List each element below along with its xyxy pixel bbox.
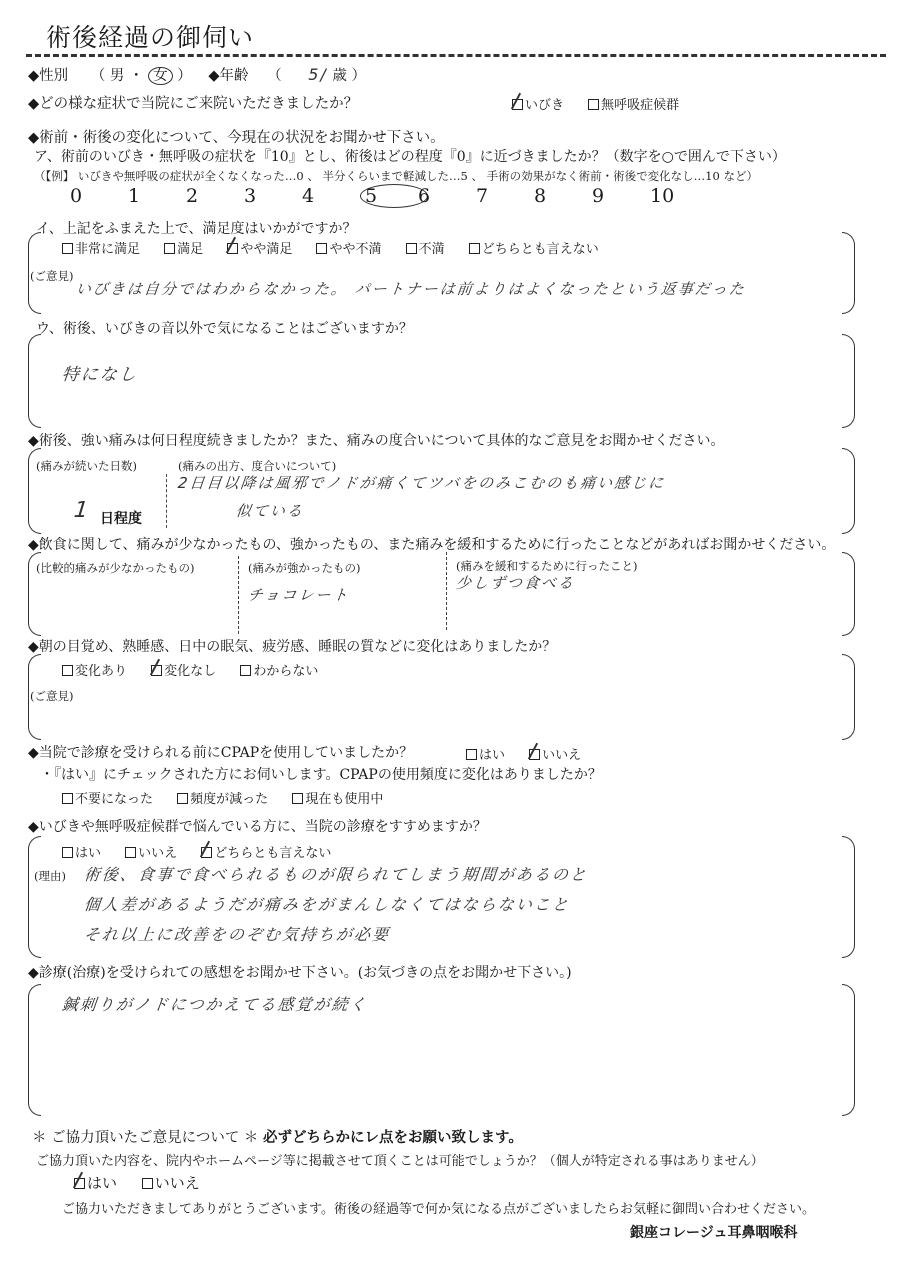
checkbox-icon[interactable]	[240, 665, 251, 676]
bracket-left	[28, 836, 41, 958]
option-no-change[interactable]: 変化なし	[151, 660, 216, 679]
food-question: ◆飲食に関して、痛みが少なかったもの、強かったもの、また痛みを緩和するために行っ…	[28, 534, 835, 554]
page-title: 術後経過の御伺い	[46, 18, 254, 54]
consent-heading: ＊ ご協力頂いたご意見について ＊ 必ずどちらかにレ点をお願い致します。	[32, 1126, 523, 1147]
checkbox-icon[interactable]	[142, 1178, 153, 1189]
thanks-text: ご協力いただきましてありがとうございます。術後の経過等で何か気になる点がございま…	[62, 1198, 815, 1217]
divider	[446, 552, 447, 630]
scale-10[interactable]: 10	[650, 185, 708, 207]
option-recommend-yes[interactable]: はい	[62, 842, 101, 861]
option-recommend-no[interactable]: いいえ	[125, 842, 177, 861]
cpap-sub-question: ・『はい』にチェックされた方にお伺いします。CPAPの使用頻度に変化はありました…	[40, 764, 602, 784]
checkbox-icon[interactable]	[466, 749, 477, 760]
bracket-right	[842, 836, 855, 958]
cpap-sub-options: 不要になった 頻度が減った 現在も使用中	[62, 788, 403, 807]
checkbox-icon[interactable]	[201, 847, 212, 858]
sleep-options: 変化あり 変化なし わからない	[62, 660, 338, 679]
satisfaction-options: 非常に満足 満足 やや満足 やや不満 不満 どちらとも言えない	[62, 238, 619, 257]
symptoms-options: いびき 無呼吸症候群	[512, 94, 699, 113]
cpap-question: ◆当院で診療を受けられる前にCPAPを使用していましたか？	[28, 742, 413, 762]
option-dissatisfied[interactable]: 不満	[406, 238, 445, 257]
option-unknown[interactable]: わからない	[240, 660, 318, 679]
option-very-satisfied[interactable]: 非常に満足	[62, 238, 140, 257]
option-reduced[interactable]: 頻度が減った	[177, 788, 268, 807]
option-recommend-neither[interactable]: どちらとも言えない	[201, 842, 331, 861]
checkbox-icon[interactable]	[227, 243, 238, 254]
scale-0[interactable]: 0	[70, 185, 128, 207]
option-satisfied[interactable]: 満足	[164, 238, 203, 257]
option-snoring[interactable]: いびき	[512, 94, 564, 113]
pain-days-value[interactable]: 1	[73, 498, 92, 523]
food-strong-value[interactable]: チョコレート	[247, 584, 351, 605]
bracket-right	[842, 448, 855, 534]
pain-detail-line1[interactable]: 2日目以降は風邪でノドが痛くてツバをのみこむのも痛い感じに	[177, 472, 666, 493]
pain-question: ◆術後、強い痛みは何日程度続きましたか？また、痛みの度合いについて具体的なご意見…	[28, 430, 724, 450]
cpap-options: はい いいえ	[466, 744, 601, 763]
improvement-scale: 012345678910	[70, 184, 708, 208]
recommend-options: はい いいえ どちらとも言えない	[62, 842, 351, 861]
option-changed[interactable]: 変化あり	[62, 660, 127, 679]
bracket-right	[842, 654, 855, 740]
checkbox-icon[interactable]	[74, 1178, 85, 1189]
scale-2[interactable]: 2	[186, 185, 244, 207]
gender-label: ◆性別	[28, 68, 68, 84]
scale-8[interactable]: 8	[534, 185, 592, 207]
option-consent-no[interactable]: いいえ	[142, 1172, 200, 1193]
consent-question: ご協力頂いた内容を、院内やホームページ等に掲載させて頂くことは可能でしょうか？（…	[36, 1150, 764, 1169]
option-neither[interactable]: どちらとも言えない	[469, 238, 599, 257]
scale-1[interactable]: 1	[128, 185, 186, 207]
checkbox-icon[interactable]	[469, 243, 480, 254]
bracket-right	[842, 552, 855, 636]
reason-line1[interactable]: 術後、食事で食べられるものが限られてしまう期間があるのと	[83, 862, 589, 885]
scale-5[interactable]: 5	[360, 184, 418, 208]
opinion-answer[interactable]: いびきは自分ではわからなかった。 パートナーは前よりはよくなったという返事だった	[75, 278, 747, 299]
change-c-question: ウ、術後、いびきの音以外で気になることはございますか？	[36, 318, 413, 338]
pain-days-label: (痛みが続いた日数)	[36, 458, 137, 474]
checkbox-icon[interactable]	[292, 793, 303, 804]
change-a-question: ア、術前のいびき・無呼吸の症状を『10』とし、術後はどの程度『0』に近づきました…	[34, 146, 786, 166]
food-strong-label: (痛みが強かったもの)	[248, 560, 360, 576]
other-concerns-answer[interactable]: 特になし	[61, 360, 140, 385]
option-apnea[interactable]: 無呼吸症候群	[588, 94, 679, 113]
opinion-label: (ご意見)	[30, 268, 73, 284]
scale-3[interactable]: 3	[244, 185, 302, 207]
checkbox-icon[interactable]	[151, 665, 162, 676]
impression-answer[interactable]: 鍼刺りがノドにつかえてる感覚が続く	[61, 992, 369, 1015]
option-cpap-yes[interactable]: はい	[466, 744, 505, 763]
symptoms-question: ◆どの様な症状で当院にご来院いただきましたか？	[28, 92, 358, 113]
scale-7[interactable]: 7	[476, 185, 534, 207]
bracket-left	[28, 334, 41, 428]
pain-detail-line2[interactable]: 似ている	[235, 500, 305, 521]
reason-line3[interactable]: それ以上に改善をのぞむ気持ちが必要	[83, 922, 391, 945]
checkbox-icon[interactable]	[62, 793, 73, 804]
option-somewhat-satisfied[interactable]: やや満足	[227, 238, 292, 257]
sleep-opinion-label: (ご意見)	[30, 688, 73, 704]
checkbox-icon[interactable]	[512, 99, 523, 110]
checkbox-icon[interactable]	[316, 243, 327, 254]
checkbox-icon[interactable]	[406, 243, 417, 254]
food-less-label: (比較的痛みが少なかったもの)	[36, 560, 194, 576]
change-b-question: イ、上記をふまえた上で、満足度はいかがですか？	[36, 218, 356, 238]
title-divider	[26, 54, 886, 57]
change-heading: ◆術前・術後の変化について、今現在の状況をお聞かせ下さい。	[28, 126, 445, 147]
bracket-right	[842, 232, 855, 314]
checkbox-icon[interactable]	[125, 847, 136, 858]
gender-male[interactable]: 男	[110, 68, 125, 84]
option-not-needed[interactable]: 不要になった	[62, 788, 153, 807]
checkbox-icon[interactable]	[62, 847, 73, 858]
divider	[166, 474, 167, 528]
sleep-question: ◆朝の目覚め、熟睡感、日中の眠気、疲労感、睡眠の質などに変化はありましたか？	[28, 636, 556, 656]
reason-line2[interactable]: 個人差があるようだが痛みをがまんしなくてはならないこと	[83, 892, 571, 915]
bracket-right	[842, 984, 855, 1116]
change-a-example: （【例】 いびきや無呼吸の症状が全くなくなった…0 、 半分くらいまで軽減した……	[34, 168, 758, 184]
bracket-right	[842, 334, 855, 428]
pain-days-unit: 日程度	[100, 508, 142, 528]
scale-9[interactable]: 9	[592, 185, 650, 207]
checkbox-icon[interactable]	[177, 793, 188, 804]
bracket-left	[28, 984, 41, 1116]
option-cpap-no[interactable]: いいえ	[529, 744, 581, 763]
option-consent-yes[interactable]: はい	[74, 1172, 117, 1193]
checkbox-icon[interactable]	[164, 243, 175, 254]
impression-question: ◆診療(治療)を受けられての感想をお聞かせ下さい。(お気づきの点をお聞かせ下さい…	[28, 962, 572, 982]
age-value[interactable]: 5/	[308, 65, 328, 84]
food-relief-value[interactable]: 少しずつ食べる	[455, 572, 576, 593]
option-still-using[interactable]: 現在も使用中	[292, 788, 383, 807]
consent-options: はい いいえ	[74, 1172, 220, 1193]
checkbox-icon[interactable]	[529, 749, 540, 760]
gender-female[interactable]: 女	[148, 67, 173, 85]
reason-label: (理由)	[34, 868, 66, 884]
checkbox-icon[interactable]	[62, 243, 73, 254]
checkbox-icon[interactable]	[62, 665, 73, 676]
scale-6[interactable]: 6	[418, 185, 476, 207]
option-somewhat-dissatisfied[interactable]: やや不満	[316, 238, 381, 257]
recommend-question: ◆いびきや無呼吸症候群で悩んでいる方に、当院の診療をすすめますか？	[28, 816, 487, 836]
divider	[238, 556, 239, 634]
clinic-name: 銀座コレージュ耳鼻咽喉科	[630, 1222, 797, 1242]
scale-4[interactable]: 4	[302, 185, 360, 207]
gender-row: ◆性別 （ 男 ・ 女 ） ◆年齢 （ 5/ 歳 ）	[28, 64, 366, 85]
checkbox-icon[interactable]	[588, 99, 599, 110]
age-label: ◆年齢	[208, 68, 248, 84]
